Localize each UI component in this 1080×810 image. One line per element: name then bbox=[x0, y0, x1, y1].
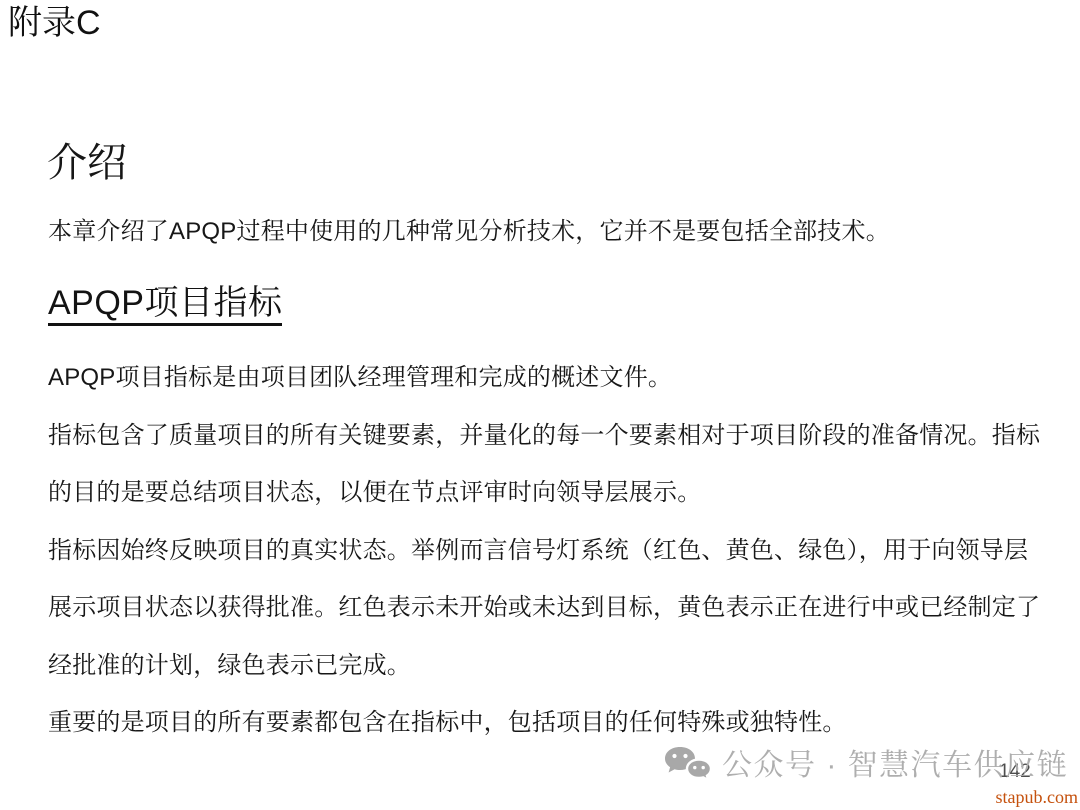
apqp-metrics-heading: APQP项目指标 bbox=[48, 285, 282, 326]
body-line: 展示项目状态以获得批准。红色表示未开始或未达到目标，黄色表示正在进行中或已经制定… bbox=[48, 579, 1048, 637]
body-line: 指标包含了质量项目的所有关键要素，并量化的每一个要素相对于项目阶段的准备情况。指… bbox=[48, 407, 1048, 465]
body-paragraphs: APQP项目指标是由项目团队经理管理和完成的概述文件。 指标包含了质量项目的所有… bbox=[48, 349, 1048, 752]
intro-paragraph: 本章介绍了APQP过程中使用的几种常见分析技术，它并不是要包括全部技术。 bbox=[48, 217, 890, 247]
wechat-watermark: 公众号 · 智慧汽车供应链 bbox=[663, 745, 1068, 785]
body-line: APQP项目指标是由项目团队经理管理和完成的概述文件。 bbox=[48, 349, 1048, 407]
body-line: 指标因始终反映项目的真实状态。举例而言信号灯系统（红色、黄色、绿色），用于向领导… bbox=[48, 522, 1048, 580]
intro-heading: 介绍 bbox=[47, 141, 127, 185]
wechat-icon bbox=[663, 745, 713, 785]
watermark-label: 公众号 · 智慧汽车供应链 bbox=[722, 749, 1068, 782]
body-line: 重要的是项目的所有要素都包含在指标中，包括项目的任何特殊或独特性。 bbox=[48, 694, 1048, 752]
body-line: 的目的是要总结项目状态，以便在节点评审时向领导层展示。 bbox=[48, 464, 1048, 522]
appendix-title: 附录C bbox=[8, 4, 101, 43]
body-line: 经批准的计划，绿色表示已完成。 bbox=[48, 637, 1048, 695]
document-page: 附录C 介绍 本章介绍了APQP过程中使用的几种常见分析技术，它并不是要包括全部… bbox=[0, 0, 1080, 810]
site-watermark: stapub.com bbox=[996, 787, 1079, 808]
